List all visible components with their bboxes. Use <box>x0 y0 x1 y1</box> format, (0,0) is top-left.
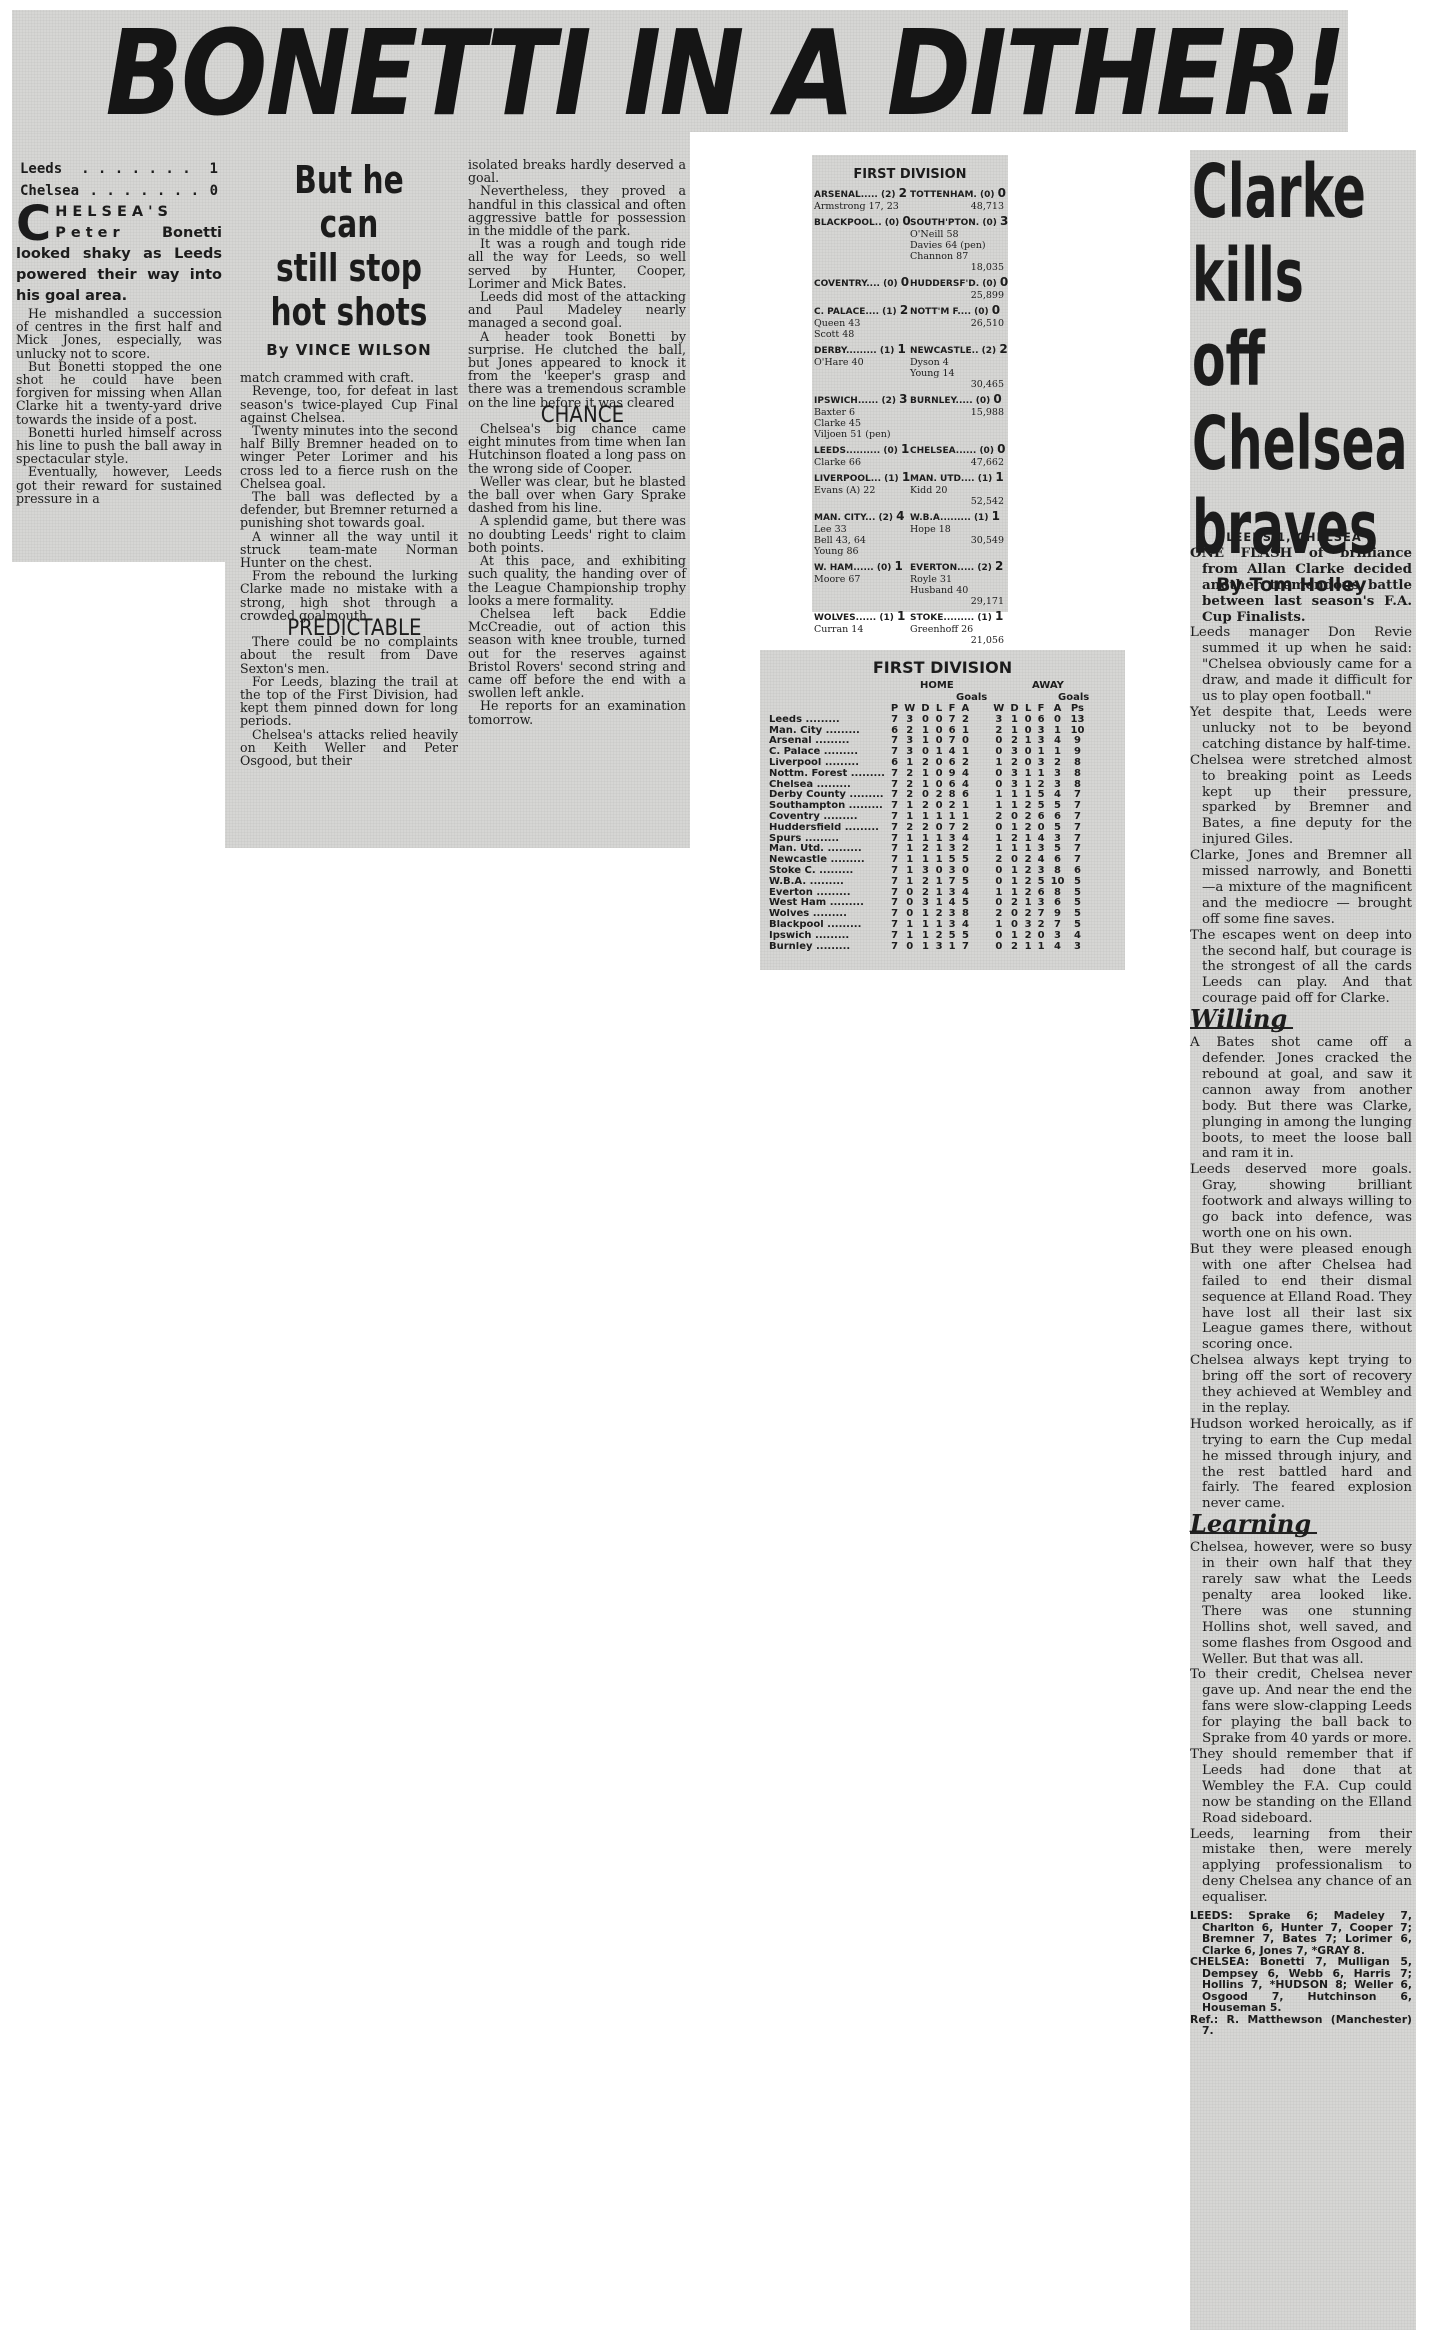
stat-cell: 7 <box>888 877 901 888</box>
paragraph: Chelsea's big chance came eight minutes … <box>468 422 686 475</box>
stat-cell: 1 <box>1035 769 1048 780</box>
stat-cell: 3 <box>1048 769 1068 780</box>
paragraph: Clarke, Jones and Bremner all missed nar… <box>1190 848 1412 928</box>
home-goals-header: Goals <box>956 692 987 703</box>
crosshead-predictable: PREDICTABLE <box>251 622 447 635</box>
league-table-title: FIRST DIVISION <box>760 658 1125 677</box>
scorer: O'Neill 58 <box>910 229 1006 240</box>
stat-cell: 7 <box>888 823 901 834</box>
stat-cell: 1 <box>1035 942 1048 953</box>
stat-cell: 0 <box>1048 715 1068 726</box>
stat-cell: 0 <box>901 942 918 953</box>
match-result: W. HAM...... (0) 1Moore 67EVERTON..... (… <box>814 561 1006 607</box>
team-name: Man. Utd. ......... <box>766 844 888 855</box>
stat-cell: 0 <box>933 715 946 726</box>
paragraph: Weller was clear, but he blasted the bal… <box>468 475 686 515</box>
stat-cell: 1 <box>1007 823 1021 834</box>
team-name: Huddersfield ......... <box>766 823 888 834</box>
team-name: Southampton ......... <box>766 801 888 812</box>
stat-cell: 1 <box>1007 877 1021 888</box>
stat-cell: 3 <box>990 715 1007 726</box>
attendance: 18,035 <box>910 262 1006 273</box>
intro-paragraph: ONE FLASH of brilliance from Allan Clark… <box>1190 546 1412 626</box>
scorer: Scott 48 <box>814 329 910 340</box>
stat-cell: 2 <box>1022 877 1035 888</box>
stat-cell: 7 <box>946 715 959 726</box>
paragraph: isolated breaks hardly deserved a goal. <box>468 158 686 184</box>
stat-cell: 1 <box>1022 942 1035 953</box>
scorer: Clarke 45 <box>814 418 910 429</box>
scorer: Young 14 <box>910 368 1006 379</box>
stat-cell: 4 <box>1048 942 1068 953</box>
home-team: LIVERPOOL... (1) 1 <box>814 472 910 485</box>
stat-cell: 4 <box>1068 931 1088 942</box>
crosshead-chance: CHANCE <box>479 409 675 422</box>
paragraph: Chelsea, however, were so busy in their … <box>1190 1540 1412 1667</box>
paragraph: But they were pleased enough with one af… <box>1190 1242 1412 1353</box>
scorer: Hope 18 <box>910 524 1006 535</box>
scorer: Moore 67 <box>814 574 910 585</box>
paragraph: A Bates shot came off a defender. Jones … <box>1190 1035 1412 1162</box>
league-table-box: FIRST DIVISION HOME AWAY Goals Goals PWD… <box>760 650 1125 970</box>
team-name: West Ham ......... <box>766 898 888 909</box>
paragraph: Leeds deserved more goals. Gray, showing… <box>1190 1162 1412 1242</box>
paragraph: Chelsea always kept trying to bring off … <box>1190 1353 1412 1417</box>
left-article-column-2: But he can still stop hot shots By VINCE… <box>240 158 458 767</box>
stat-cell: 2 <box>959 715 973 726</box>
attendance: 47,662 <box>910 457 1006 468</box>
column-1-body: He mishandled a succession of centres in… <box>16 307 222 505</box>
team-name: Spurs ......... <box>766 834 888 845</box>
leeds-team-line: LEEDS: Sprake 6; Madeley 7, Charlton 6, … <box>1190 1910 1412 1956</box>
team-name: Man. City ......... <box>766 726 888 737</box>
stat-cell: 7 <box>888 715 901 726</box>
paragraph: It was a rough and tough ride all the wa… <box>468 237 686 290</box>
home-team: C. PALACE.... (1) 2 <box>814 305 910 318</box>
attendance: 48,713 <box>910 201 1006 212</box>
stat-cell: 1 <box>918 931 932 942</box>
paragraph: Bonetti hurled himself across his line t… <box>16 426 222 466</box>
league-table-body: Leeds .........7300723106013Man. City ..… <box>766 715 1087 953</box>
attendance: 30,549 <box>910 535 1006 546</box>
team-name: Chelsea ......... <box>766 780 888 791</box>
section-3: Chelsea, however, were so busy in their … <box>1190 1540 1412 1906</box>
team-ratings: LEEDS: Sprake 6; Madeley 7, Charlton 6, … <box>1190 1910 1412 2037</box>
away-header: AWAY <box>1032 680 1064 691</box>
team-name: Leeds ......... <box>766 715 888 726</box>
team-name: Nottm. Forest ......... <box>766 769 888 780</box>
away-team: TOTTENHAM. (0) 0 <box>910 188 1006 201</box>
team-name: Stoke C. ......... <box>766 866 888 877</box>
stat-cell: 1 <box>918 942 932 953</box>
paragraph: From the rebound the lurking Clarke made… <box>240 569 458 622</box>
away-team: NOTT'M F.... (0) 0 <box>910 305 1006 318</box>
stat-cell: 5 <box>1068 877 1088 888</box>
stat-cell: 1 <box>933 877 946 888</box>
scorer: Greenhoff 26 <box>910 624 1006 635</box>
match-result: MAN. CITY... (2) 4Lee 33Bell 43, 64Young… <box>814 511 1006 557</box>
team-name: Wolves ......... <box>766 909 888 920</box>
stat-cell: 3 <box>1007 769 1021 780</box>
paragraph: A winner all the way until it struck tea… <box>240 530 458 570</box>
right-article-panel: Clarke kills off Chelsea braves By Tom H… <box>1190 150 1416 2330</box>
paragraph: The ball was deflected by a defender, bu… <box>240 490 458 530</box>
stat-cell: 1 <box>1022 769 1035 780</box>
team-name: Liverpool ......... <box>766 758 888 769</box>
column-3-body-continued: Chelsea's big chance came eight minutes … <box>468 422 686 726</box>
stat-cell: 3 <box>901 715 918 726</box>
stat-cell: 0 <box>990 823 1007 834</box>
paragraph: There could be no complaints about the r… <box>240 635 458 675</box>
scorer: Young 86 <box>814 546 910 557</box>
stat-cell: 1 <box>1007 931 1021 942</box>
scorer: Kidd 20 <box>910 485 1006 496</box>
home-header: HOME <box>920 680 954 691</box>
stat-cell: 3 <box>1068 942 1088 953</box>
stat-cell: 7 <box>959 942 973 953</box>
stat-cell: 1 <box>901 877 918 888</box>
stat-cell: 3 <box>933 942 946 953</box>
attendance: 29,171 <box>910 596 1006 607</box>
lead-paragraph: CHELSEA'S Peter Bonetti looked shaky as … <box>16 202 222 307</box>
away-team: MAN. UTD.... (1) 1 <box>910 472 1006 485</box>
stat-cell: 9 <box>946 769 959 780</box>
section-2: A Bates shot came off a defender. Jones … <box>1190 1035 1412 1512</box>
scorer: Royle 31 <box>910 574 1006 585</box>
headline-panel: BONETTI IN A DITHER! <box>12 10 1348 132</box>
home-team: WOLVES...... (1) 1 <box>814 611 910 624</box>
score-line-chelsea: Chelsea. . . . . . .0 <box>16 180 222 202</box>
paragraph: They should remember that if Leeds had d… <box>1190 1747 1412 1827</box>
scorer: O'Hare 40 <box>814 357 910 368</box>
table-row: Ipswich .........711255012034 <box>766 931 1087 942</box>
paragraph: Nevertheless, they proved a handful in t… <box>468 184 686 237</box>
team-name: Arsenal ......... <box>766 736 888 747</box>
stat-cell: 5 <box>1035 877 1048 888</box>
stat-cell: 1 <box>901 931 918 942</box>
away-team: CHELSEA...... (0) 0 <box>910 444 1006 457</box>
team-name: Blackpool ......... <box>766 920 888 931</box>
scorer: Lee 33 <box>814 524 910 535</box>
stat-cell: 2 <box>901 769 918 780</box>
table-row: W.B.A. .........7121750125105 <box>766 877 1087 888</box>
paragraph: Chelsea's attacks relied heavily on Keit… <box>240 728 458 768</box>
stat-cell: 7 <box>888 942 901 953</box>
chelsea-team-line: CHELSEA: Bonetti 7, Mulligan 5, Dempsey … <box>1190 1956 1412 2014</box>
right-headline: Clarke kills off Chelsea braves <box>1192 150 1340 570</box>
match-result: COVENTRY.... (0) 0HUDDERSF'D. (0) 025,89… <box>814 277 1006 301</box>
crosshead-learning: Learning <box>1190 1516 1317 1534</box>
stat-cell: 7 <box>888 931 901 942</box>
score-line-leeds: Leeds. . . . . . .1 <box>16 158 222 180</box>
paragraph: Leeds, learning from their mistake then,… <box>1190 1827 1412 1907</box>
column-2-body-continued: There could be no complaints about the r… <box>240 635 458 767</box>
stat-cell: 7 <box>946 823 959 834</box>
stat-cell: 0 <box>990 877 1007 888</box>
paragraph: For Leeds, blazing the trail at the top … <box>240 675 458 728</box>
team-name: C. Palace ......... <box>766 747 888 758</box>
stat-cell: 0 <box>990 931 1007 942</box>
stat-cell: 2 <box>1022 823 1035 834</box>
right-score-line: LEEDS 1, CHELSEA 0 <box>1190 530 1412 546</box>
team-name: Newcastle ......... <box>766 855 888 866</box>
stat-cell: 0 <box>1022 715 1035 726</box>
stat-cell: 5 <box>959 931 973 942</box>
home-team: W. HAM...... (0) 1 <box>814 561 910 574</box>
scorer: Evans (A) 22 <box>814 485 910 496</box>
team-name: Everton ......... <box>766 888 888 899</box>
stat-cell: 3 <box>1048 931 1068 942</box>
paragraph: Chelsea were stretched almost to breakin… <box>1190 753 1412 848</box>
away-team: HUDDERSF'D. (0) 0 <box>910 277 1006 290</box>
paragraph: The escapes went on deep into the second… <box>1190 928 1412 1008</box>
paragraph: Revenge, too, for defeat in last season'… <box>240 384 458 424</box>
referee-line: Ref.: R. Matthewson (Manchester) 7. <box>1190 2014 1412 2037</box>
away-team: W.B.A......... (1) 1 <box>910 511 1006 524</box>
away-team: BURNLEY..... (0) 0 <box>910 394 1006 407</box>
attendance: 25,899 <box>910 290 1006 301</box>
left-article-column-1: Leeds. . . . . . .1 Chelsea. . . . . . .… <box>16 158 222 505</box>
paragraph: Leeds did most of the attacking and Paul… <box>468 290 686 330</box>
scorer: Viljoen 51 (pen) <box>814 429 910 440</box>
attendance: 30,465 <box>910 379 1006 390</box>
home-team: COVENTRY.... (0) 0 <box>814 277 910 290</box>
match-result: LEEDS.......... (0) 1Clarke 66CHELSEA...… <box>814 444 1006 468</box>
stat-cell: 5 <box>946 931 959 942</box>
scorer: Davies 64 (pen) <box>910 240 1006 251</box>
paragraph: At this pace, and exhibiting such qualit… <box>468 554 686 607</box>
subheadline: But he can still stop hot shots <box>264 158 434 334</box>
scorer: Clarke 66 <box>814 457 910 468</box>
away-team: NEWCASTLE.. (2) 2 <box>910 344 1006 357</box>
table-row: Huddersfield .........722072012057 <box>766 823 1087 834</box>
results-box: FIRST DIVISION ARSENAL..... (2) 2Armstro… <box>812 155 1008 612</box>
away-goals-header: Goals <box>1058 692 1089 703</box>
scorer: Armstrong 17, 23 <box>814 201 910 212</box>
left-article-column-3: isolated breaks hardly deserved a goal.N… <box>468 158 686 726</box>
stat-cell: 2 <box>959 823 973 834</box>
attendance: 21,056 <box>910 635 1006 646</box>
stat-cell: 0 <box>1035 823 1048 834</box>
match-result: C. PALACE.... (1) 2Queen 43Scott 48NOTT'… <box>814 305 1006 340</box>
stat-cell: 1 <box>1007 715 1021 726</box>
byline: By VINCE WILSON <box>240 344 458 357</box>
stat-cell: 2 <box>1022 931 1035 942</box>
paragraph: Twenty minutes into the second half Bill… <box>240 424 458 490</box>
stat-cell: 8 <box>1068 769 1088 780</box>
paragraph: Chelsea left back Eddie McCreadie, out o… <box>468 607 686 699</box>
away-team: SOUTH'PTON. (0) 3 <box>910 216 1006 229</box>
right-article-body: LEEDS 1, CHELSEA 0 ONE FLASH of brillian… <box>1190 530 1412 2037</box>
column-3-body: isolated breaks hardly deserved a goal.N… <box>468 158 686 409</box>
paragraph: Hudson worked heroically, as if trying t… <box>1190 1417 1412 1512</box>
stat-cell: 5 <box>959 877 973 888</box>
stat-cell: 2 <box>918 877 932 888</box>
stat-cell: 1 <box>946 942 959 953</box>
home-team: LEEDS.......... (0) 1 <box>814 444 910 457</box>
team-name: Derby County ......... <box>766 790 888 801</box>
stat-cell: 7 <box>888 769 901 780</box>
stat-cell: 1 <box>918 769 932 780</box>
attendance: 26,510 <box>910 318 1006 329</box>
stat-cell: 2 <box>918 823 932 834</box>
stat-cell: 2 <box>933 931 946 942</box>
match-result: BLACKPOOL.. (0) 0SOUTH'PTON. (0) 3O'Neil… <box>814 216 1006 273</box>
scorer: Baxter 6 <box>814 407 910 418</box>
paragraph: He reports for an examination tomorrow. <box>468 699 686 725</box>
table-row: Burnley .........701317021143 <box>766 942 1087 953</box>
stat-cell: 7 <box>1068 823 1088 834</box>
paragraph: Yet despite that, Leeds were unlucky not… <box>1190 705 1412 753</box>
scorer: Curran 14 <box>814 624 910 635</box>
team-name: Coventry ......... <box>766 812 888 823</box>
stat-cell: 2 <box>1007 942 1021 953</box>
crosshead-willing: Willing <box>1190 1011 1293 1029</box>
paragraph: Eventually, however, Leeds got their rew… <box>16 465 222 505</box>
table-row: Leeds .........7300723106013 <box>766 715 1087 726</box>
column-2-body: match crammed with craft.Revenge, too, f… <box>240 371 458 622</box>
team-name: Burnley ......... <box>766 942 888 953</box>
paragraph: He mishandled a succession of centres in… <box>16 307 222 360</box>
results-list: ARSENAL..... (2) 2Armstrong 17, 23TOTTEN… <box>812 188 1008 646</box>
stat-cell: 7 <box>946 877 959 888</box>
stat-cell: 0 <box>933 769 946 780</box>
league-table: PWDLFAWDLFAPs Leeds .........73007231060… <box>766 704 1087 952</box>
match-result: ARSENAL..... (2) 2Armstrong 17, 23TOTTEN… <box>814 188 1006 212</box>
stat-cell: 5 <box>1048 823 1068 834</box>
stat-cell: 0 <box>1035 931 1048 942</box>
match-result: DERBY......... (1) 1O'Hare 40NEWCASTLE..… <box>814 344 1006 390</box>
table-row: Nottm. Forest .........721094031138 <box>766 769 1087 780</box>
drop-cap: C <box>16 204 51 244</box>
scorer: Channon 87 <box>910 251 1006 262</box>
stat-cell: 0 <box>918 715 932 726</box>
home-team: IPSWICH...... (2) 3 <box>814 394 910 407</box>
stat-cell: 0 <box>990 769 1007 780</box>
home-team: DERBY......... (1) 1 <box>814 344 910 357</box>
results-title: FIRST DIVISION <box>812 167 1008 182</box>
paragraph: Leeds manager Don Revie summed it up whe… <box>1190 625 1412 705</box>
attendance: 15,988 <box>910 407 1006 418</box>
scorer: Dyson 4 <box>910 357 1006 368</box>
team-name: W.B.A. ......... <box>766 877 888 888</box>
paragraph: To their credit, Chelsea never gave up. … <box>1190 1667 1412 1747</box>
stat-cell: 0 <box>933 823 946 834</box>
stat-cell: 0 <box>990 942 1007 953</box>
stat-cell: 2 <box>901 823 918 834</box>
match-result: WOLVES...... (1) 1Curran 14STOKE........… <box>814 611 1006 646</box>
stat-cell: 10 <box>1048 877 1068 888</box>
main-headline: BONETTI IN A DITHER! <box>106 4 1255 142</box>
match-result: IPSWICH...... (2) 3Baxter 6Clarke 45Vilj… <box>814 394 1006 440</box>
scorer: Queen 43 <box>814 318 910 329</box>
stat-cell: 6 <box>1035 715 1048 726</box>
scorer: Husband 40 <box>910 585 1006 596</box>
away-team: STOKE......... (1) 1 <box>910 611 1006 624</box>
paragraph: A header took Bonetti by surprise. He cl… <box>468 330 686 409</box>
paragraph: But Bonetti stopped the one shot he coul… <box>16 360 222 426</box>
attendance: 52,542 <box>910 496 1006 507</box>
home-team: BLACKPOOL.. (0) 0 <box>814 216 910 229</box>
stat-cell: 4 <box>959 769 973 780</box>
scorer: Bell 43, 64 <box>814 535 910 546</box>
paragraph: A splendid game, but there was no doubti… <box>468 514 686 554</box>
stat-cell: 13 <box>1068 715 1088 726</box>
team-name: Ipswich ......... <box>766 931 888 942</box>
home-team: ARSENAL..... (2) 2 <box>814 188 910 201</box>
away-team: EVERTON..... (2) 2 <box>910 561 1006 574</box>
home-team: MAN. CITY... (2) 4 <box>814 511 910 524</box>
section-1: Leeds manager Don Revie summed it up whe… <box>1190 625 1412 1007</box>
match-result: LIVERPOOL... (1) 1Evans (A) 22MAN. UTD..… <box>814 472 1006 507</box>
